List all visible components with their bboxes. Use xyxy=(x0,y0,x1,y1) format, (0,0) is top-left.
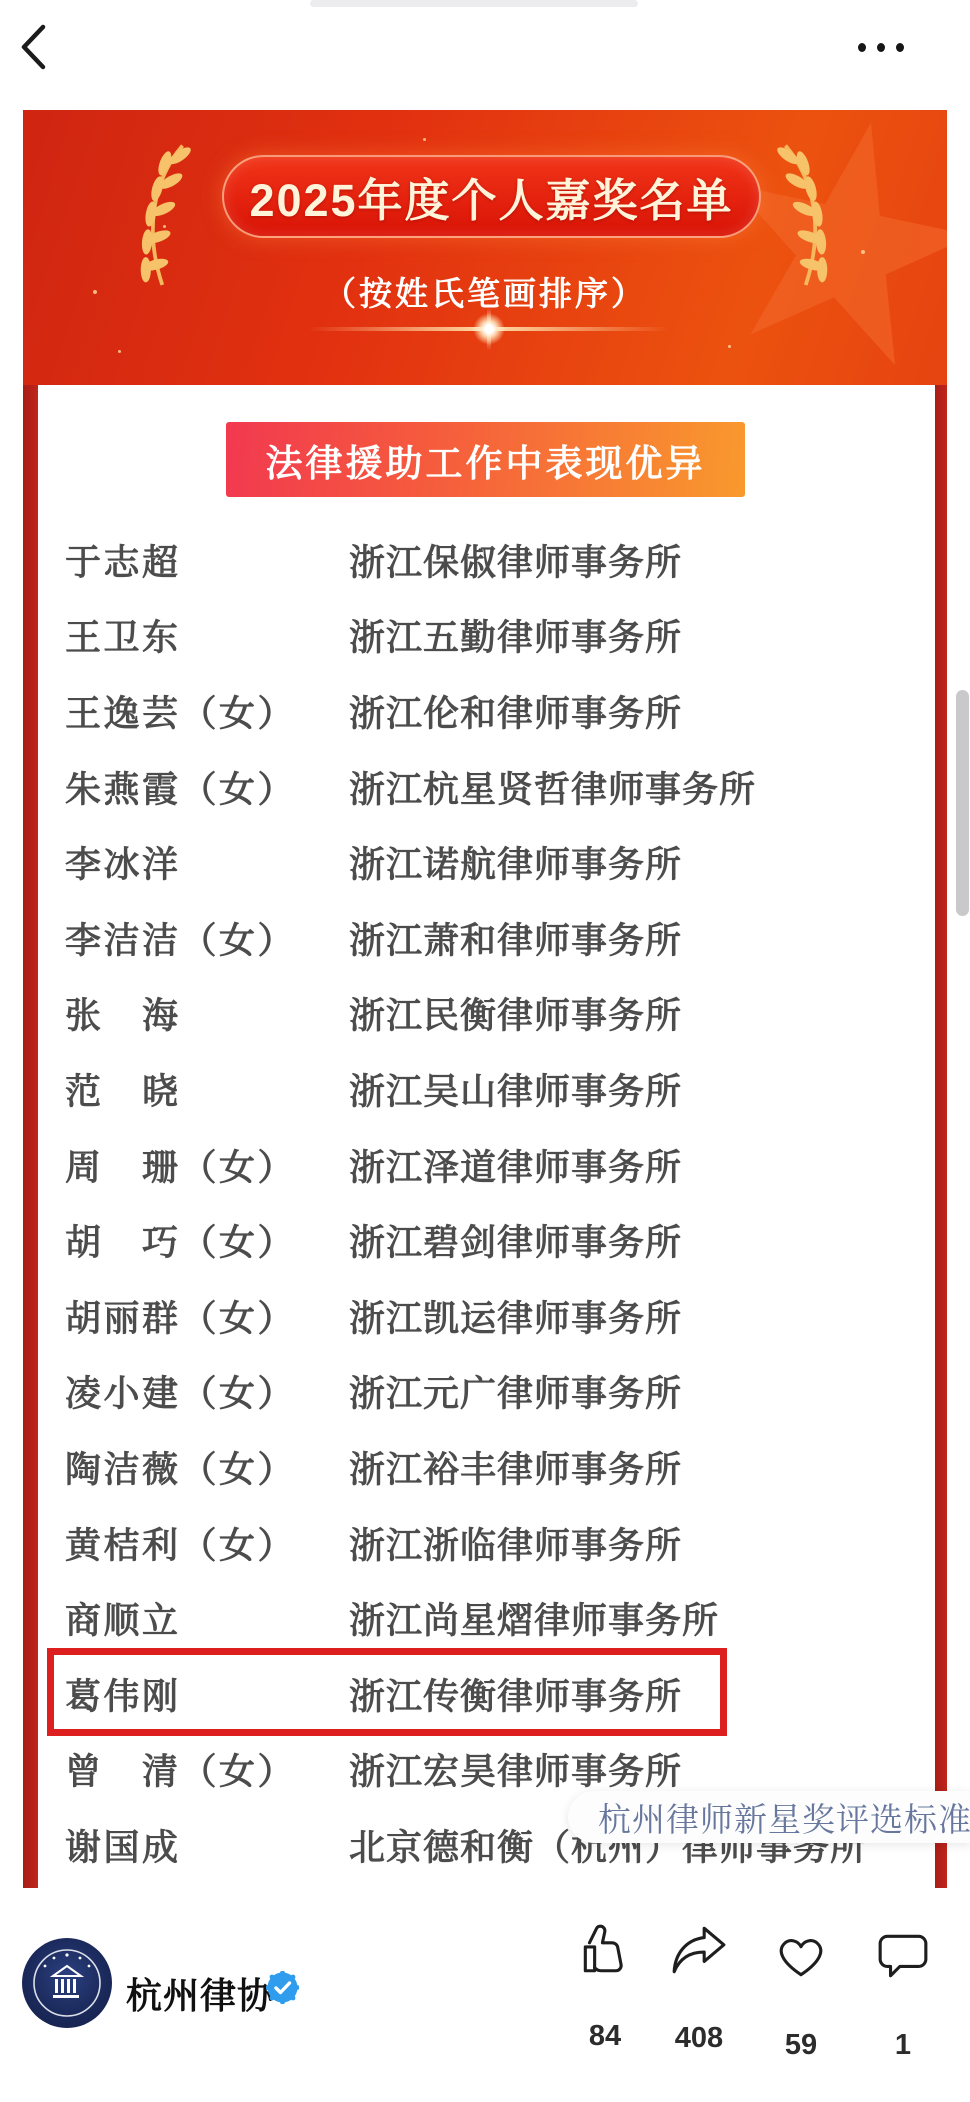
like-count: 84 xyxy=(589,2020,621,2053)
section-header-badge: 法律援助工作中表现优异 xyxy=(226,422,745,497)
section-header-text: 法律援助工作中表现优异 xyxy=(266,433,706,487)
account-name[interactable]: 杭州律协 xyxy=(126,1968,274,2019)
awardee-row: 胡丽群（女） 浙江凯运律师事务所 xyxy=(23,1278,932,1354)
account-avatar[interactable] xyxy=(22,1938,112,2028)
awardee-name: 张 海 xyxy=(65,988,181,1039)
awardee-firm: 浙江吴山律师事务所 xyxy=(349,1063,682,1114)
awardee-row: 黄桔利（女） 浙江浙临律师事务所 xyxy=(23,1505,932,1581)
awardee-row: 王逸芸（女） 浙江伦和律师事务所 xyxy=(23,673,932,749)
awardee-row: 陶洁薇（女） 浙江裕丰律师事务所 xyxy=(23,1429,932,1505)
awardee-firm: 浙江浙临律师事务所 xyxy=(349,1517,682,1568)
share-button[interactable]: 408 xyxy=(667,1924,731,2055)
poster-title: 2025年度个人嘉奖名单 xyxy=(249,164,733,229)
poster-subtitle: （按姓氏笔画排序） xyxy=(23,268,947,315)
awardee-firm: 浙江民衡律师事务所 xyxy=(349,988,682,1039)
poster-banner: 2025年度个人嘉奖名单 （按姓氏笔画排序） xyxy=(23,110,947,385)
awardee-row: 胡 巧（女） 浙江碧剑律师事务所 xyxy=(23,1202,932,1278)
awardee-name: 凌小建（女） xyxy=(65,1366,296,1417)
awardee-firm: 浙江宏昊律师事务所 xyxy=(349,1744,682,1795)
verified-badge-icon xyxy=(266,1971,299,2004)
awardee-row: 朱燕霞（女） 浙江杭星贤哲律师事务所 xyxy=(23,749,932,825)
awardee-name: 黄桔利（女） xyxy=(65,1517,296,1568)
award-poster-image: 2025年度个人嘉奖名单 （按姓氏笔画排序） 法律援助工作中表现优异 于志超 浙… xyxy=(23,110,947,1888)
awardee-firm: 浙江泽道律师事务所 xyxy=(349,1139,682,1190)
awardee-firm: 浙江元广律师事务所 xyxy=(349,1366,682,1417)
awardee-name: 王卫东 xyxy=(65,610,181,661)
awardee-name: 曾 清（女） xyxy=(65,1744,296,1795)
awardee-name: 陶洁薇（女） xyxy=(65,1441,296,1492)
awardee-row: 商顺立 浙江尚星熠律师事务所 xyxy=(23,1580,932,1656)
awardee-name: 胡 巧（女） xyxy=(65,1215,296,1266)
awardee-row: 王卫东 浙江五勤律师事务所 xyxy=(23,598,932,674)
awardee-firm: 浙江凯运律师事务所 xyxy=(349,1290,682,1341)
comment-bubble-icon xyxy=(876,1931,930,1979)
comment-button[interactable]: 1 xyxy=(874,1931,932,2062)
related-search-text: 杭州律师新星奖评选标准 xyxy=(598,1794,970,1841)
awardee-firm: 浙江五勤律师事务所 xyxy=(349,610,682,661)
share-count: 408 xyxy=(675,2022,723,2055)
favorite-button[interactable]: 59 xyxy=(771,1931,831,2062)
comment-count: 1 xyxy=(895,2029,911,2062)
awardee-row: 周 珊（女） 浙江泽道律师事务所 xyxy=(23,1127,932,1203)
awardee-firm: 浙江杭星贤哲律师事务所 xyxy=(349,761,756,812)
ellipsis-icon xyxy=(896,43,904,52)
poster-border-right xyxy=(935,385,947,1888)
back-button[interactable] xyxy=(14,20,54,74)
awardee-row: 于志超 浙江保俶律师事务所 xyxy=(23,522,932,598)
awardee-name: 朱燕霞（女） xyxy=(65,761,296,812)
awardee-name: 于志超 xyxy=(65,534,181,585)
awardee-row: 李冰洋 浙江诺航律师事务所 xyxy=(23,824,932,900)
heart-icon xyxy=(774,1931,828,1979)
awardee-firm: 浙江碧剑律师事务所 xyxy=(349,1215,682,1266)
awardee-row: 张 海 浙江民衡律师事务所 xyxy=(23,976,932,1052)
screen: 2025年度个人嘉奖名单 （按姓氏笔画排序） 法律援助工作中表现优异 于志超 浙… xyxy=(0,0,970,2102)
awardee-name: 周 珊（女） xyxy=(65,1139,296,1190)
related-search-pill[interactable]: 杭州律师新星奖评选标准 xyxy=(568,1791,970,1843)
ellipsis-icon xyxy=(858,43,866,52)
awardee-name: 谢国成 xyxy=(65,1819,181,1870)
awardee-firm: 浙江萧和律师事务所 xyxy=(349,912,682,963)
awardee-name: 胡丽群（女） xyxy=(65,1290,296,1341)
association-logo-icon xyxy=(22,1938,112,2028)
thumbs-up-icon xyxy=(577,1920,633,1978)
favorite-count: 59 xyxy=(785,2029,817,2062)
ellipsis-icon xyxy=(877,43,885,52)
awardee-firm: 浙江裕丰律师事务所 xyxy=(349,1441,682,1492)
previous-card-edge xyxy=(310,0,638,7)
awardee-name: 王逸芸（女） xyxy=(65,685,296,736)
awardee-firm: 浙江保俶律师事务所 xyxy=(349,534,682,585)
more-options-button[interactable] xyxy=(858,36,924,58)
awardee-row: 李洁洁（女） 浙江萧和律师事务所 xyxy=(23,900,932,976)
awardee-firm: 浙江伦和律师事务所 xyxy=(349,685,682,736)
awardee-name: 商顺立 xyxy=(65,1593,181,1644)
like-button[interactable]: 84 xyxy=(572,1920,638,2053)
chevron-left-icon xyxy=(24,27,43,67)
poster-title-pill: 2025年度个人嘉奖名单 xyxy=(222,155,761,238)
scrollbar-thumb[interactable] xyxy=(956,690,969,916)
awardee-name: 李冰洋 xyxy=(65,837,181,888)
awardee-firm: 浙江尚星熠律师事务所 xyxy=(349,1593,719,1644)
awardee-name: 范 晓 xyxy=(65,1063,181,1114)
awardee-row: 范 晓 浙江吴山律师事务所 xyxy=(23,1051,932,1127)
share-arrow-icon xyxy=(670,1924,728,1976)
awardee-firm: 浙江诺航律师事务所 xyxy=(349,837,682,888)
highlight-box xyxy=(47,1648,727,1736)
awardee-name: 李洁洁（女） xyxy=(65,912,296,963)
awardee-row: 凌小建（女） 浙江元广律师事务所 xyxy=(23,1354,932,1430)
